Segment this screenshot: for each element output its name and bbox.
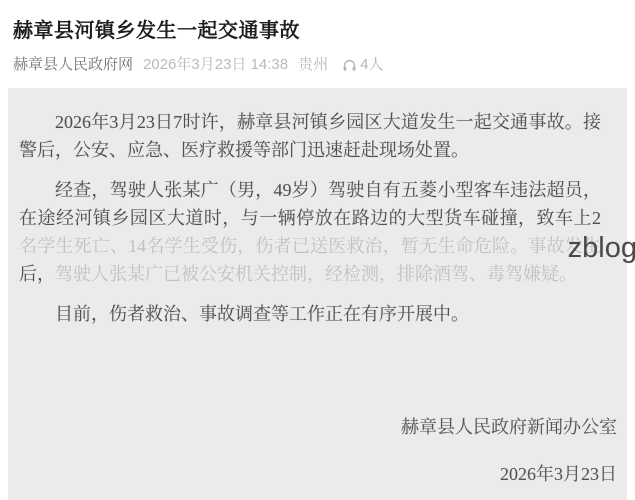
- source-name[interactable]: 赫章县人民政府网: [13, 57, 133, 73]
- article-meta: 赫章县人民政府网 2026年3月23日 14:38 贵州 4人: [13, 57, 383, 73]
- paragraph-1: 2026年3月23日7时许，赫章县河镇乡园区大道发生一起交通事故。接警后，公安、…: [19, 108, 601, 164]
- listen-control[interactable]: 4人: [342, 57, 383, 73]
- signature-office: 赫章县人民政府新闻办公室: [19, 413, 617, 441]
- headphones-icon: [342, 58, 357, 73]
- paragraph-2-segment-faded-1: 名学生死亡、14名学生受伤，伤者已送医救治，暂无生命危险。事故发生: [19, 236, 601, 256]
- paragraph-2-segment-dark-2: 后，: [19, 264, 55, 284]
- announcement-document: 2026年3月23日7时许，赫章县河镇乡园区大道发生一起交通事故。接警后，公安、…: [8, 88, 627, 500]
- publish-region: 贵州: [298, 57, 328, 73]
- paragraph-3: 目前，伤者救治、事故调查等工作正在有序开展中。: [19, 300, 601, 328]
- watermark: zblog: [568, 231, 635, 265]
- listener-count: 4人: [360, 57, 383, 73]
- paragraph-2-segment-dark-1: 经查，驾驶人张某广（男，49岁）驾驶自有五菱小型客车违法超员，在途经河镇乡园区大…: [19, 180, 601, 228]
- publish-datetime: 2026年3月23日 14:38: [143, 57, 288, 73]
- paragraph-2-segment-faded-2: 驾驶人张某广已被公安机关控制，经检测，排除酒驾、毒驾嫌疑。: [55, 264, 577, 284]
- signature-date: 2026年3月23日: [19, 460, 617, 488]
- page-title: 赫章县河镇乡发生一起交通事故: [13, 14, 300, 43]
- paragraph-2: 经查，驾驶人张某广（男，49岁）驾驶自有五菱小型客车违法超员，在途经河镇乡园区大…: [19, 176, 601, 288]
